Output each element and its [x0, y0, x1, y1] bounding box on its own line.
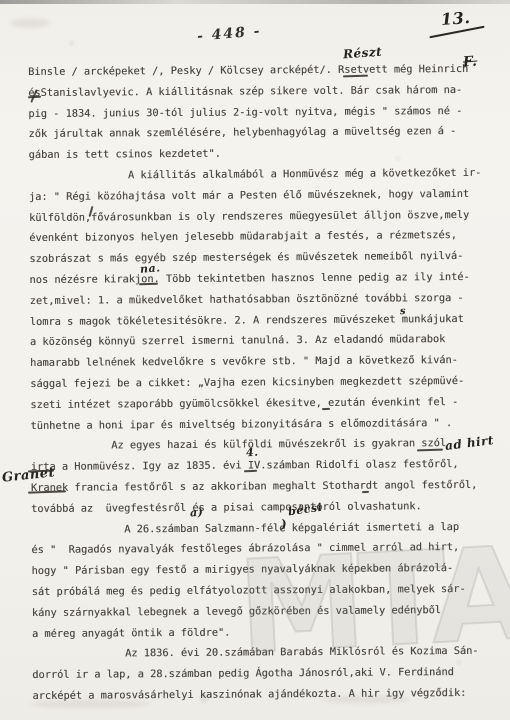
typed-line: A kiállitás alkalmából a Honmüvész még a…	[29, 163, 499, 187]
typed-line: zet,mivel: 1. a mükedvelőket hathatósabb…	[30, 287, 500, 311]
typed-text-block: Binsle / arcképeket /, Pesky / Kölcsey a…	[28, 59, 502, 707]
scan-top-edge	[0, 0, 510, 4]
typed-line: Binsle / arcképeket /, Pesky / Kölcsey a…	[28, 59, 498, 83]
handwritten-note-s: s	[400, 306, 407, 317]
handwritten-note-4: 4.	[246, 446, 259, 460]
handwritten-note-na: na.	[140, 261, 161, 275]
typed-line: sággal fejezi be a cikket: „Vajha ezen k…	[30, 371, 500, 395]
typed-line: zők járultak annak szemlélésére, helyben…	[28, 121, 498, 145]
typed-line: Kranek francia festőről s az akkoriban m…	[31, 475, 501, 499]
scanned-typewritten-page: 13. - 448 - Binsle / arcképeket /, Pesky…	[0, 0, 510, 720]
typed-line: nos nézésre kirakjon. Több tekintetben h…	[29, 267, 499, 291]
pen-strike	[362, 491, 369, 493]
handwritten-note-close-paren: )	[281, 517, 288, 531]
corner-page-index: 13.	[440, 8, 471, 29]
typed-line: ja: " Régi közóhajtása volt már a Pesten…	[29, 183, 499, 207]
scan-smudge	[10, 18, 50, 28]
typed-line: kány szárnyakkal lebegnek a levegő gőzkö…	[32, 599, 502, 623]
handwritten-note-f: F.	[462, 54, 477, 71]
typed-line: sát próbálá meg és pedig elfátyolozott a…	[32, 579, 502, 603]
handwritten-note-reszt: Részt	[343, 45, 383, 62]
pen-strike	[322, 408, 330, 410]
scan-smudge	[320, 696, 410, 703]
typed-line: ésStanislavlyevic. A kiállitásnak szép s…	[28, 80, 498, 104]
page-number: - 448 -	[196, 23, 262, 45]
scan-smudge	[30, 700, 150, 708]
handwritten-note-a-paren: a)	[190, 506, 204, 520]
typed-line: szeti intézet szaporább gyümölcsökkel ék…	[30, 391, 500, 415]
